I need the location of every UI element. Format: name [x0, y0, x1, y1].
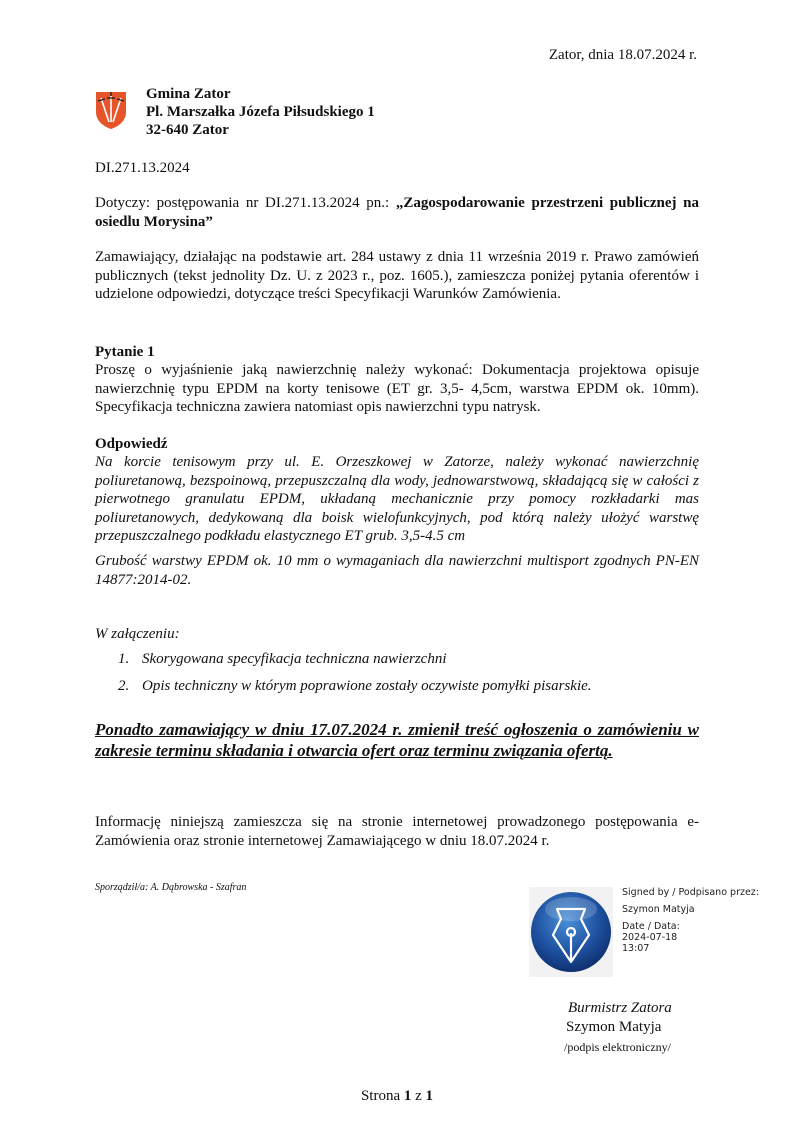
page-label: Strona	[361, 1088, 404, 1104]
subject-prefix: Dotyczy: postępowania nr DI.271.13.2024 …	[95, 195, 396, 211]
answer-body-2: Grubość warstwy EPDM ok. 10 mm o wymagan…	[95, 552, 699, 589]
answer-heading: Odpowiedź	[95, 435, 699, 454]
total-pages: 1	[426, 1088, 434, 1104]
change-notice: Ponadto zamawiający w dniu 17.07.2024 r.…	[95, 719, 699, 761]
mayor-signature-note: /podpis elektroniczny/	[564, 1040, 671, 1055]
list-item-number: 1.	[118, 650, 142, 668]
fountain-pen-icon	[529, 887, 613, 977]
question-heading: Pytanie 1	[95, 343, 699, 362]
signed-by-label: Signed by / Podpisano przez:	[622, 887, 759, 898]
mayor-title: Burmistrz Zatora	[568, 1000, 672, 1017]
signer-name: Szymon Matyja	[622, 904, 759, 915]
signature-details: Signed by / Podpisano przez: Szymon Maty…	[622, 887, 759, 954]
prepared-by: Sporządził/a: A. Dąbrowska - Szafran	[95, 882, 246, 893]
subject-line: Dotyczy: postępowania nr DI.271.13.2024 …	[95, 194, 699, 231]
signature-date: 2024-07-18	[622, 932, 759, 943]
publication-info: Informację niniejszą zamieszcza się na s…	[95, 813, 699, 850]
page-number: Strona 1 z 1	[0, 1088, 794, 1105]
issuer-block: Gmina Zator Pl. Marszałka Józefa Piłsuds…	[146, 85, 375, 139]
list-item: 2. Opis techniczny w którym poprawione z…	[118, 677, 592, 695]
list-item: 1. Skorygowana specyfikacja techniczna n…	[118, 650, 592, 668]
coat-of-arms-icon	[95, 90, 127, 130]
attachments-list: 1. Skorygowana specyfikacja techniczna n…	[118, 650, 592, 704]
intro-paragraph: Zamawiający, działając na podstawie art.…	[95, 248, 699, 304]
list-item-text: Skorygowana specyfikacja techniczna nawi…	[142, 650, 447, 668]
list-item-text: Opis techniczny w którym poprawione zost…	[142, 677, 592, 695]
answer-body: Na korcie tenisowym przy ul. E. Orzeszko…	[95, 453, 699, 546]
page-separator: z	[411, 1088, 425, 1104]
issuer-address: Pl. Marszałka Józefa Piłsudskiego 1	[146, 103, 375, 121]
issuer-name: Gmina Zator	[146, 85, 375, 103]
signature-time: 13:07	[622, 943, 759, 954]
question-body: Proszę o wyjaśnienie jaką nawierzchnię n…	[95, 361, 699, 417]
signature-date-label: Date / Data:	[622, 921, 759, 932]
mayor-name: Szymon Matyja	[566, 1019, 661, 1036]
list-item-number: 2.	[118, 677, 142, 695]
case-reference: DI.271.13.2024	[95, 160, 190, 177]
issuer-postcode: 32-640 Zator	[146, 121, 375, 139]
attachments-heading: W załączeniu:	[95, 626, 180, 643]
document-date: Zator, dnia 18.07.2024 r.	[549, 47, 697, 64]
